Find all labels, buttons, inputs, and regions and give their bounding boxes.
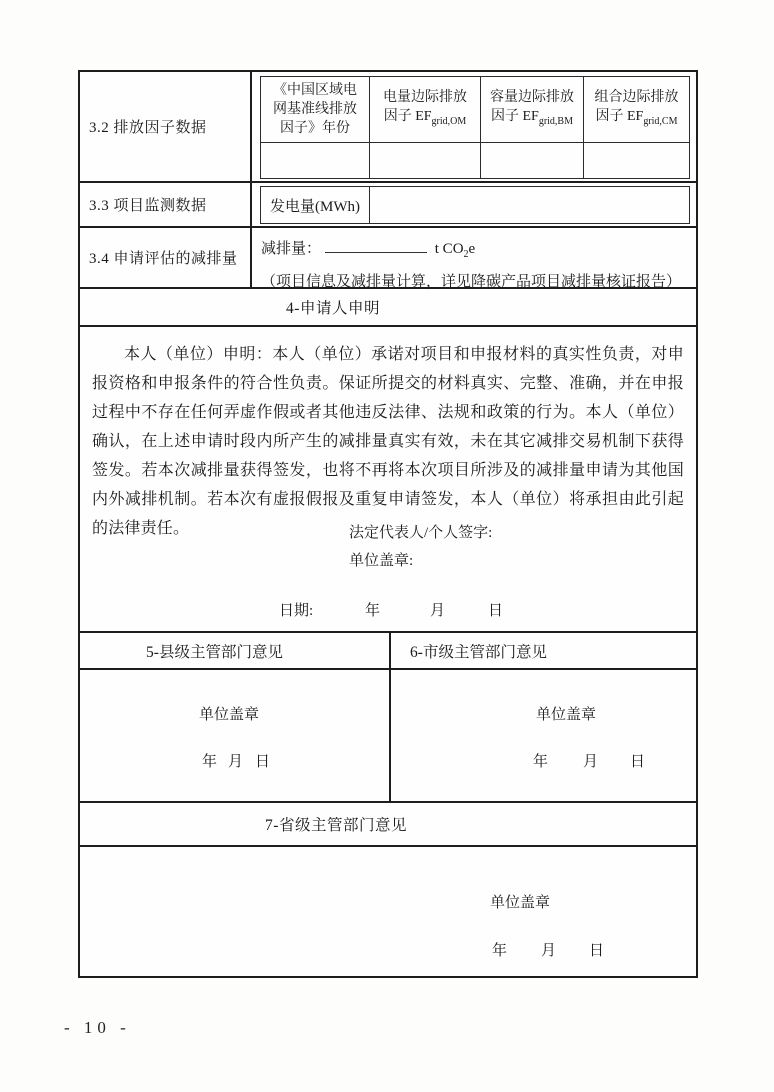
- reduction-amount-label: 减排量：: [261, 241, 321, 257]
- generation-field-value: [370, 187, 689, 223]
- reduction-unit: t CO2e: [435, 241, 475, 257]
- ef-year-header-line1: 《中国区域电: [273, 81, 357, 100]
- section5-header: 5-县级主管部门意见: [80, 633, 391, 668]
- ef-cm-header: 组合边际排放 因子 EFgrid,CM: [584, 77, 689, 143]
- reduction-amount-blank-line: [325, 239, 427, 253]
- ef-column-cm: 组合边际排放 因子 EFgrid,CM: [584, 77, 689, 178]
- ef-om-subscript: grid,OM: [432, 116, 467, 127]
- ef-bm-value: [481, 143, 583, 178]
- section5-title: 5-县级主管部门意见: [146, 640, 283, 662]
- section7-content: 单位盖章 年 月 日: [80, 847, 696, 976]
- section6-year-label: 年: [533, 750, 548, 771]
- ef-year-header-line3: 因子》年份: [280, 119, 350, 138]
- section6-content: 单位盖章 年 月 日: [391, 670, 696, 801]
- reduction-note: （项目信息及减排量计算，详见降碳产品项目减排量核证报告）: [261, 270, 696, 291]
- application-form-table: 3.2 排放因子数据 《中国区域电 网基准线排放 因子》年份 电量边际排放: [78, 70, 698, 978]
- section6-header: 6-市级主管部门意见: [391, 633, 696, 668]
- section5-month-label: 月: [228, 750, 243, 771]
- generation-field-box: 发电量(MWh): [260, 186, 690, 224]
- ef-bm-header-line2: 因子 EFgrid,BM: [491, 107, 573, 131]
- section5-year-label: 年: [202, 750, 217, 771]
- section5-6-content-row: 单位盖章 年 月 日 单位盖章 年 月 日: [80, 670, 696, 803]
- ef-bm-header-line1: 容量边际排放: [490, 88, 574, 107]
- row-3-3-label: 3.3 项目监测数据: [80, 183, 252, 226]
- section7-title: 7-省级主管部门意见: [265, 813, 407, 835]
- section5-6-header-row: 5-县级主管部门意见 6-市级主管部门意见: [80, 633, 696, 670]
- ef-year-header: 《中国区域电 网基准线排放 因子》年份: [261, 77, 369, 143]
- section7-header: 7-省级主管部门意见: [80, 803, 696, 847]
- row-3-4-label: 3.4 申请评估的减排量: [80, 228, 252, 287]
- section6-day-label: 日: [630, 750, 645, 771]
- ef-om-value: [370, 143, 480, 178]
- section7-month-label: 月: [541, 939, 556, 960]
- section5-content: 单位盖章 年 月 日: [80, 670, 391, 801]
- document-page: 3.2 排放因子数据 《中国区域电 网基准线排放 因子》年份 电量边际排放: [0, 0, 774, 1092]
- ef-cm-header-line1: 组合边际排放: [595, 88, 679, 107]
- section6-seal-label: 单位盖章: [536, 703, 596, 724]
- ef-column-year: 《中国区域电 网基准线排放 因子》年份: [261, 77, 370, 178]
- row-3-2-content: 《中国区域电 网基准线排放 因子》年份 电量边际排放 因子 EFgrid,OM: [252, 72, 696, 181]
- signature-label: 法定代表人/个人签字:: [349, 521, 492, 542]
- declaration-cell: 本人（单位）申明：本人（单位）承诺对项目和申报材料的真实性负责，对申报资格和申报…: [80, 327, 696, 633]
- declaration-text: 本人（单位）申明：本人（单位）承诺对项目和申报材料的真实性负责，对申报资格和申报…: [92, 340, 684, 543]
- row-3-4-content: 减排量： t CO2e （项目信息及减排量计算，详见降碳产品项目减排量核证报告）: [252, 228, 696, 287]
- date-day-label: 日: [488, 599, 503, 620]
- section4-header: 4-申请人申明: [80, 289, 696, 327]
- ef-cm-header-line2: 因子 EFgrid,CM: [595, 107, 677, 131]
- section5-seal-label: 单位盖章: [199, 703, 259, 724]
- section6-title: 6-市级主管部门意见: [410, 640, 547, 662]
- ef-om-header: 电量边际排放 因子 EFgrid,OM: [370, 77, 480, 143]
- ef-year-header-line2: 网基准线排放: [273, 100, 357, 119]
- generation-field-label: 发电量(MWh): [261, 187, 370, 223]
- section7-day-label: 日: [589, 939, 604, 960]
- page-number: - 10 -: [64, 1018, 131, 1038]
- ef-year-value: [261, 143, 369, 178]
- row-emission-factor-data: 3.2 排放因子数据 《中国区域电 网基准线排放 因子》年份 电量边际排放: [80, 72, 696, 183]
- ef-om-header-line2: 因子 EFgrid,OM: [384, 107, 467, 131]
- applicant-seal-label: 单位盖章:: [349, 549, 413, 570]
- section7-seal-label: 单位盖章: [490, 891, 550, 912]
- ef-column-om: 电量边际排放 因子 EFgrid,OM: [370, 77, 481, 178]
- row-3-2-label: 3.2 排放因子数据: [80, 72, 252, 181]
- row-monitoring-data: 3.3 项目监测数据 发电量(MWh): [80, 183, 696, 228]
- ef-bm-header: 容量边际排放 因子 EFgrid,BM: [481, 77, 583, 143]
- date-month-label: 月: [430, 599, 445, 620]
- section4-title: 4-申请人申明: [286, 296, 380, 318]
- emission-factor-table: 《中国区域电 网基准线排放 因子》年份 电量边际排放 因子 EFgrid,OM: [260, 76, 690, 179]
- ef-column-bm: 容量边际排放 因子 EFgrid,BM: [481, 77, 584, 178]
- ef-cm-value: [584, 143, 689, 178]
- ef-om-header-line1: 电量边际排放: [383, 88, 467, 107]
- section5-day-label: 日: [255, 750, 270, 771]
- row-3-3-content: 发电量(MWh): [252, 183, 696, 226]
- section6-month-label: 月: [583, 750, 598, 771]
- row-applied-reduction: 3.4 申请评估的减排量 减排量： t CO2e （项目信息及减排量计算，详见降…: [80, 228, 696, 289]
- section7-year-label: 年: [492, 939, 507, 960]
- ef-cm-subscript: grid,CM: [643, 116, 677, 127]
- reduction-amount-line: 减排量： t CO2e: [261, 237, 696, 260]
- date-label: 日期:: [279, 599, 313, 620]
- ef-bm-subscript: grid,BM: [539, 116, 573, 127]
- date-year-label: 年: [365, 599, 380, 620]
